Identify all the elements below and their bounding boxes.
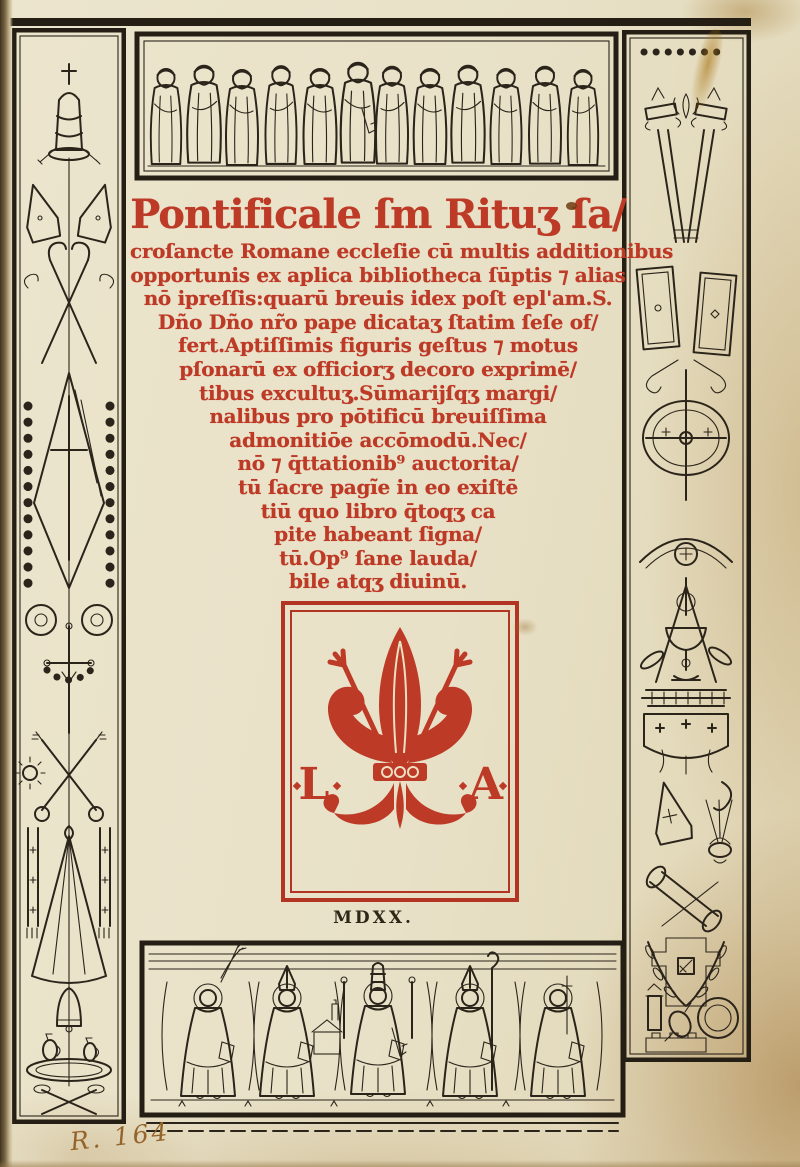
books-motif xyxy=(637,267,737,356)
title-line: pſonarū ex officiorʒ decoro exprimē/ xyxy=(130,358,626,382)
crossed-drums-motif xyxy=(643,863,725,935)
mitre-and-censer-motif xyxy=(646,779,732,863)
title-line: opportunis ex aplica bibliotheca ſūptis … xyxy=(130,264,626,288)
title-line: tiū quo libro q̄toqʒ ca xyxy=(130,500,626,524)
title-line: bile atqʒ diuinū. xyxy=(130,570,626,594)
book-edge xyxy=(0,0,13,1167)
right-border-woodcut xyxy=(622,30,751,1062)
mitre-1 xyxy=(279,966,295,990)
church-model xyxy=(312,1000,342,1054)
title-line-large: Pontificale ſm Rituʒ ſa/ xyxy=(130,190,626,240)
printer-initial-right: A xyxy=(468,759,504,810)
title-line: tibus excultuʒ.Sūmarijſqʒ margi/ xyxy=(130,382,626,406)
title-line: croſancte Romane eccleſie cū multis addi… xyxy=(130,240,626,264)
chasuble-cross-motif xyxy=(34,373,104,588)
pedestal-motif xyxy=(642,690,730,706)
splayed-columns-motif xyxy=(645,88,726,242)
top-border-rule xyxy=(10,18,751,26)
mitre-2 xyxy=(462,966,478,990)
title-line: fert.Aptiſſimis figuris geſtus ⁊ motus xyxy=(130,334,626,358)
book-title-page: Pontificale ſm Rituʒ ſa/ croſancte Roman… xyxy=(0,0,800,1167)
fleur-de-lis-device: L A xyxy=(285,605,515,898)
title-line: Dño Dño nr̃o pape dicataʒ ſtatim ſeſe of… xyxy=(130,311,626,335)
title-line: nalibus pro pōtificū breuiſſima xyxy=(130,405,626,429)
wheel-cross-motif xyxy=(643,360,729,500)
yoke-pendant-motif xyxy=(640,539,732,568)
lily-stalk xyxy=(221,942,246,982)
title-line: tū.Op⁹ ſane lauda/ xyxy=(130,547,626,571)
ink-fleck xyxy=(566,202,577,210)
page-bottom-shadow xyxy=(0,1160,800,1167)
soft-stain xyxy=(512,618,538,636)
ring-ewer-tower-motif xyxy=(646,984,738,1052)
altar-cloth-motif xyxy=(644,714,728,774)
papal-tiara-motif xyxy=(38,64,100,164)
apostles-frieze-woodcut xyxy=(134,31,619,181)
saint-figures xyxy=(181,942,585,1099)
imprint-date: MDXX. xyxy=(281,908,466,928)
saints-frieze-woodcut xyxy=(139,940,626,1136)
crozier xyxy=(488,952,498,1090)
left-border-woodcut xyxy=(12,28,126,1124)
title-line: nō ⁊ q̄ttationib⁹ auctorita/ xyxy=(130,452,626,476)
title-line: nō ipreſſis:quarū breuis idex poſt epl'a… xyxy=(130,287,626,311)
printers-device-frame: L A xyxy=(281,601,519,902)
title-line: admonitiōe accōmodū.Nec/ xyxy=(130,429,626,453)
crossed-keys-motif xyxy=(15,732,106,821)
chalice-tripod-motif xyxy=(638,578,733,682)
apostle-figures xyxy=(151,63,598,165)
title-line: tū ſacre pagĩe in eo exiſtē xyxy=(130,476,626,500)
title-block: Pontificale ſm Rituʒ ſa/ croſancte Roman… xyxy=(130,190,626,594)
fleur-de-lis xyxy=(323,627,476,829)
snuffers-motif xyxy=(34,1085,104,1114)
printer-initial-left: L xyxy=(299,759,330,810)
title-line: pite habeant ſigna/ xyxy=(130,523,626,547)
